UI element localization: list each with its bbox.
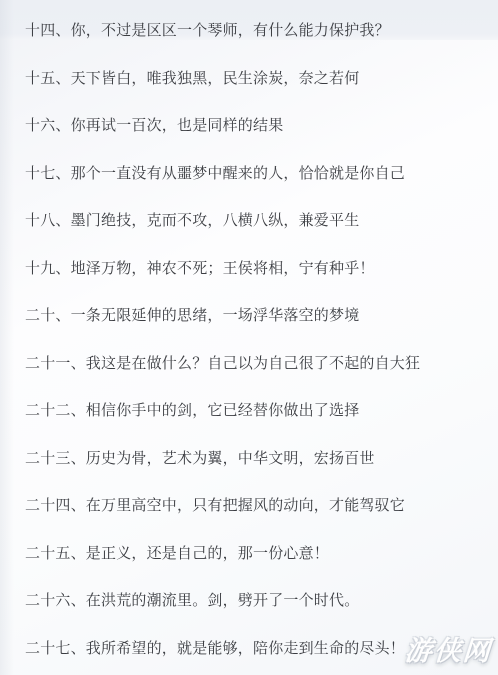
quote-line-16: 十六、你再试一百次，也是同样的结果 — [25, 101, 498, 149]
quote-line-20: 二十、一条无限延伸的思绪，一场浮华落空的梦境 — [25, 291, 498, 339]
quote-line-18: 十八、墨门绝技，克而不攻，八横八纵，兼爱平生 — [25, 196, 498, 244]
quote-line-24: 二十四、在万里高空中，只有把握风的动向，才能驾驭它 — [25, 481, 498, 529]
quote-line-23: 二十三、历史为骨，艺术为翼，中华文明，宏扬百世 — [25, 434, 498, 482]
quote-line-26: 二十六、在洪荒的潮流里。剑，劈开了一个时代。 — [25, 576, 498, 624]
quote-line-17: 十七、那个一直没有从噩梦中醒来的人，恰恰就是你自己 — [25, 149, 498, 197]
quotes-page: 十四、你，不过是区区一个琴师，有什么能力保护我？ 十五、天下皆白，唯我独黑，民生… — [0, 0, 498, 675]
quote-line-19: 十九、地泽万物，神农不死；王侯将相，宁有种乎！ — [25, 244, 498, 292]
quote-line-21: 二十一、我这是在做什么？自己以为自己很了不起的自大狂 — [25, 339, 498, 387]
youxia-watermark-logo: 游侠网 — [404, 629, 494, 668]
quote-line-15: 十五、天下皆白，唯我独黑，民生涂炭，奈之若何 — [25, 54, 498, 102]
quote-line-22: 二十二、相信你手中的剑，它已经替你做出了选择 — [25, 386, 498, 434]
quote-line-25: 二十五、是正义，还是自己的，那一份心意！ — [25, 529, 498, 577]
quote-list: 十四、你，不过是区区一个琴师，有什么能力保护我？ 十五、天下皆白，唯我独黑，民生… — [0, 0, 498, 675]
quote-line-14: 十四、你，不过是区区一个琴师，有什么能力保护我？ — [25, 6, 498, 54]
